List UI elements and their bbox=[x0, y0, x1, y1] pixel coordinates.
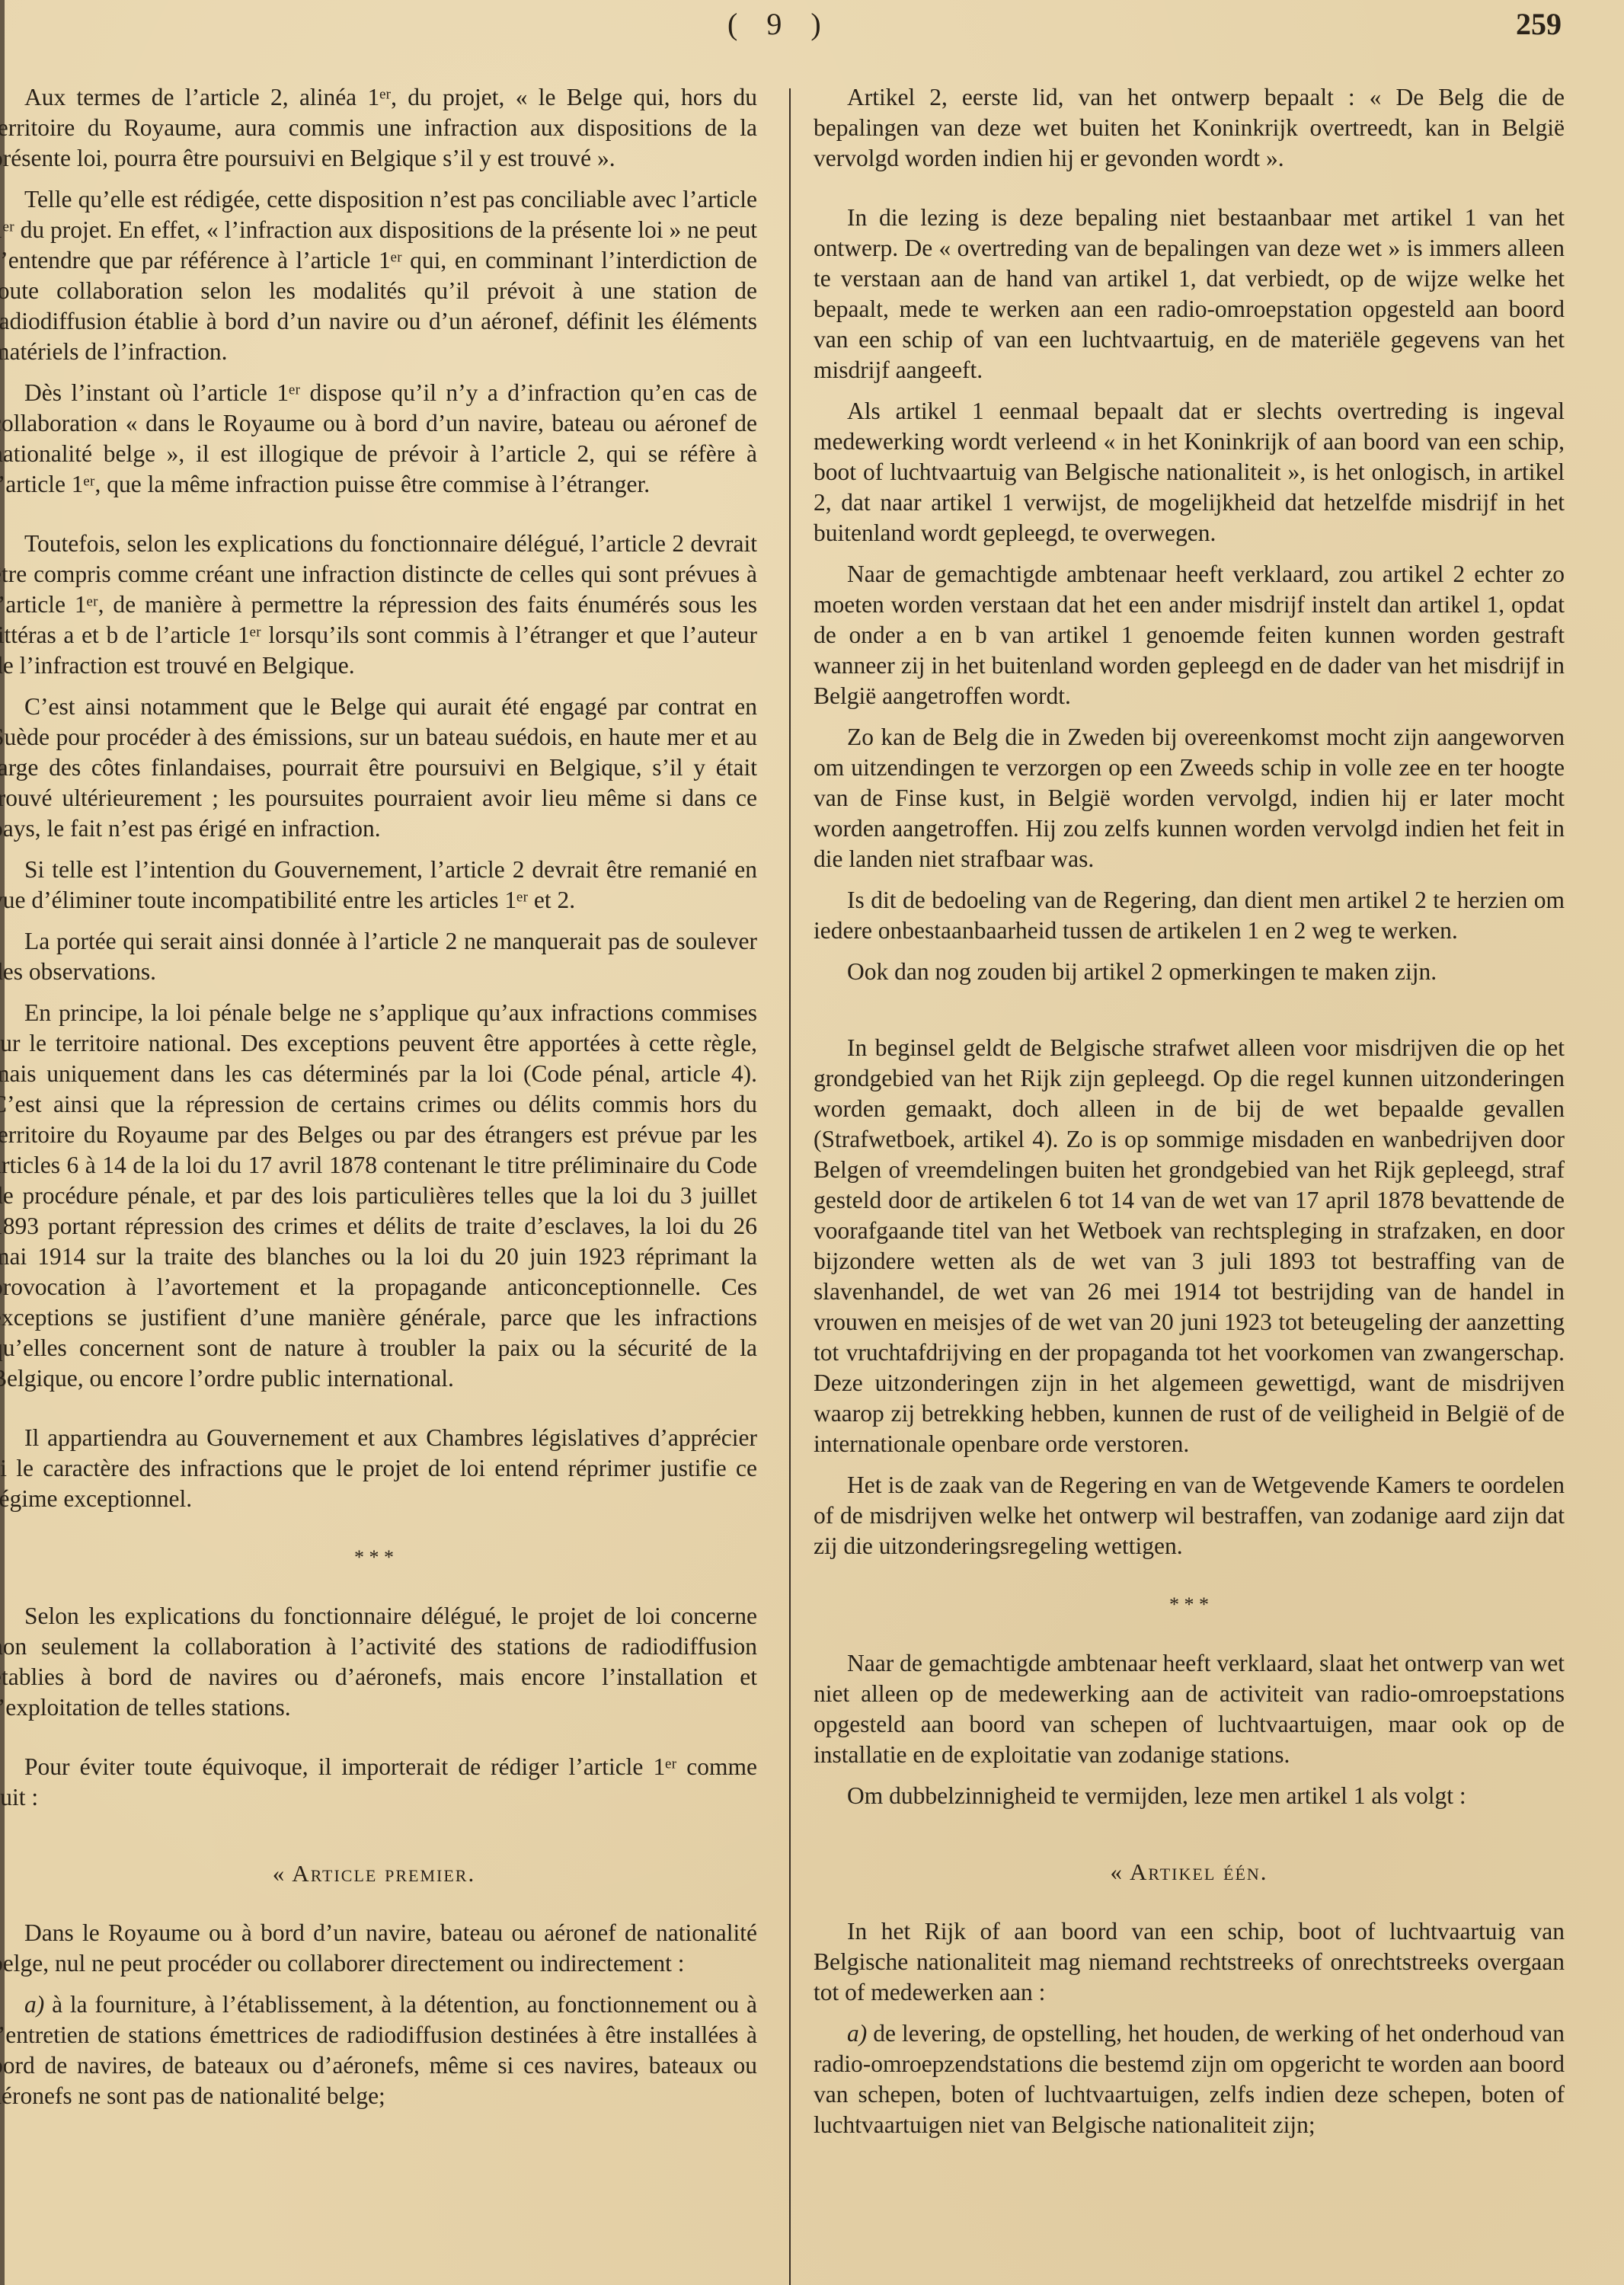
paragraph: Is dit de bedoeling van de Regering, dan… bbox=[814, 885, 1565, 946]
page-header: ( 9 ) 259 bbox=[0, 6, 1624, 52]
section-separator-asterism: * * * bbox=[0, 1543, 757, 1572]
item-text: à la fourniture, à l’établissement, à la… bbox=[0, 1991, 757, 2109]
paragraph: Toutefois, selon les explications du fon… bbox=[0, 529, 757, 681]
paragraph: Als artikel 1 eenmaal bepaalt dat er sle… bbox=[814, 396, 1565, 548]
paragraph: Selon les explications du fonctionnaire … bbox=[0, 1601, 757, 1723]
paragraph: Naar de gemachtigde ambtenaar heeft verk… bbox=[814, 1648, 1565, 1770]
item-text: de levering, de opstelling, het houden, … bbox=[814, 2020, 1565, 2138]
paragraph: Dès l’instant où l’article 1ᵉʳ dispose q… bbox=[0, 378, 757, 500]
paragraph: Ook dan nog zouden bij artikel 2 opmerki… bbox=[814, 957, 1565, 987]
paragraph: In die lezing is deze bepaling niet best… bbox=[814, 203, 1565, 385]
paragraph: C’est ainsi notamment que le Belge qui a… bbox=[0, 692, 757, 844]
paragraph: En principe, la loi pénale belge ne s’ap… bbox=[0, 998, 757, 1394]
paragraph: Om dubbelzinnigheid te vermijden, leze m… bbox=[814, 1781, 1565, 1811]
paragraph: Pour éviter toute équivoque, il importer… bbox=[0, 1752, 757, 1813]
paragraph: Si telle est l’intention du Gouvernement… bbox=[0, 855, 757, 916]
paragraph: Het is de zaak van de Regering en van de… bbox=[814, 1470, 1565, 1561]
page-number-center: ( 9 ) bbox=[727, 6, 832, 42]
article-heading: « Article premier. bbox=[0, 1858, 757, 1889]
paragraph: Il appartiendra au Gouvernement et aux C… bbox=[0, 1423, 757, 1514]
list-item-a: a) de levering, de opstelling, het houde… bbox=[814, 2018, 1565, 2140]
item-label: a) bbox=[24, 1991, 44, 2018]
article-heading: « Artikel één. bbox=[814, 1857, 1565, 1887]
paragraph: Artikel 2, eerste lid, van het ontwerp b… bbox=[814, 82, 1565, 174]
paragraph: In het Rijk of aan boord van een schip, … bbox=[814, 1916, 1565, 2008]
paragraph: Naar de gemachtigde ambtenaar heeft verk… bbox=[814, 559, 1565, 711]
column-divider bbox=[789, 88, 791, 2285]
item-label: a) bbox=[847, 2020, 867, 2047]
right-column-dutch: Artikel 2, eerste lid, van het ontwerp b… bbox=[814, 82, 1565, 2140]
paragraph: Aux termes de l’article 2, alinéa 1ᵉʳ, d… bbox=[0, 82, 757, 174]
paragraph: Dans le Royaume ou à bord d’un navire, b… bbox=[0, 1918, 757, 1979]
list-item-a: a) à la fourniture, à l’établissement, à… bbox=[0, 1989, 757, 2111]
paragraph: Zo kan de Belg die in Zweden bij overeen… bbox=[814, 722, 1565, 874]
paragraph: In beginsel geldt de Belgische strafwet … bbox=[814, 1033, 1565, 1459]
left-column-french: Aux termes de l’article 2, alinéa 1ᵉʳ, d… bbox=[0, 82, 768, 2111]
paragraph: La portée qui serait ainsi donnée à l’ar… bbox=[0, 926, 757, 987]
page-number-right: 259 bbox=[1516, 6, 1562, 42]
section-separator-asterism: * * * bbox=[814, 1590, 1565, 1619]
paragraph: Telle qu’elle est rédigée, cette disposi… bbox=[0, 184, 757, 367]
